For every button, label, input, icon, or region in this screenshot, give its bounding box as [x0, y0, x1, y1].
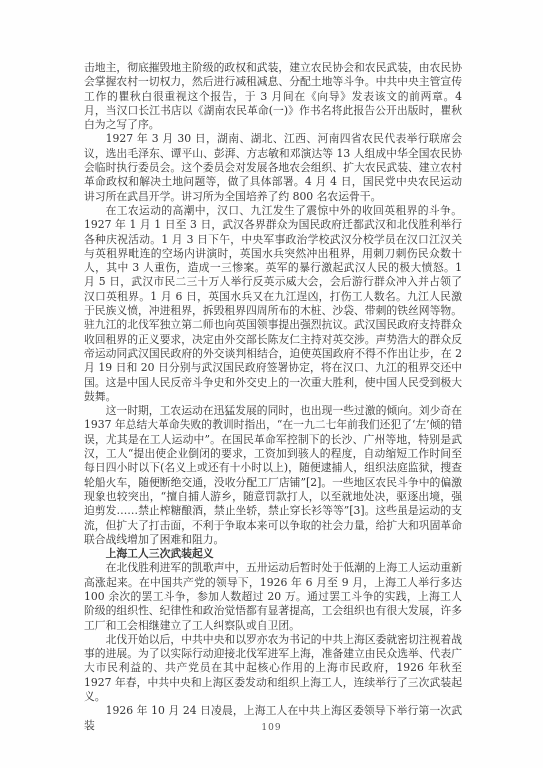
body-text: 击地主，彻底摧毁地主阶级的政权和武装，建立农民协会和农民武装，由农民协会掌握农村… — [84, 61, 462, 733]
paragraph: 1927 年 3 月 30 日，湖南、湖北、江西、河南四省农民代表举行联席会议，… — [84, 132, 462, 203]
book-page: 击地主，彻底摧毁地主阶级的政权和武装，建立农民协会和农民武装，由农民协会掌握农村… — [0, 0, 543, 768]
paragraph: 北伐开始以后，中共中央和以罗亦农为书记的中共上海区委就密切注视着战事的进展。为了… — [84, 633, 462, 704]
page-number: 109 — [0, 723, 543, 733]
section-heading: 上海工人三次武装起义 — [84, 547, 462, 561]
paragraph: 在工农运动的高潮中，汉口、九江发生了震惊中外的收回英租界的斗争。1927 年 1… — [84, 204, 462, 404]
paragraph: 在北伐胜利进军的凯歌声中，五卅运动后暂时处于低潮的上海工人运动重新高涨起来。在中… — [84, 561, 462, 632]
paragraph-continuation: 击地主，彻底摧毁地主阶级的政权和武装，建立农民协会和农民武装，由农民协会掌握农村… — [84, 61, 462, 132]
paragraph: 这一时期，工农运动在迅猛发展的同时，也出现一些过激的倾向。刘少奇在 1937 年… — [84, 404, 462, 547]
